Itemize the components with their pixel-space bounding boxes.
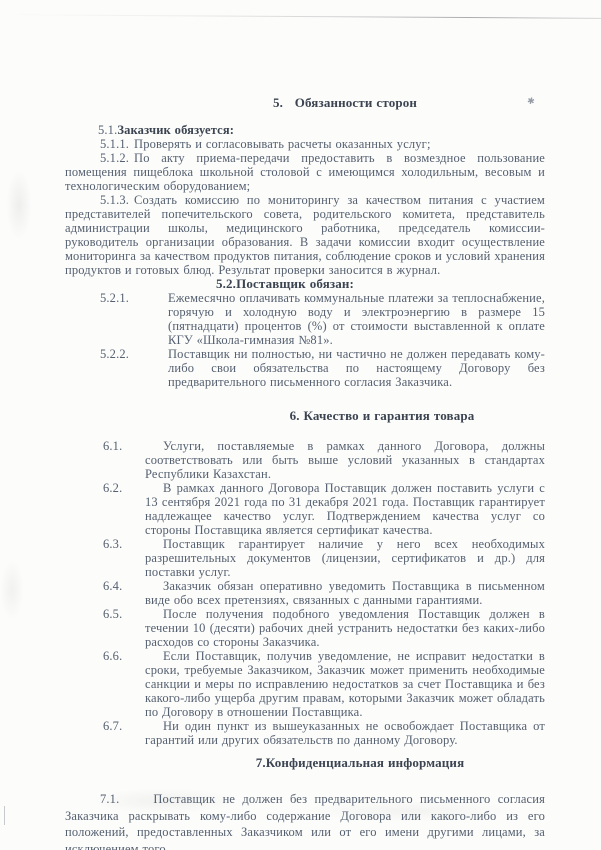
clause-5-1-heading: 5.1.Заказчик обязуется: xyxy=(65,123,545,137)
clause-6-3: 6.3.Поставщик гарантирует наличие у него… xyxy=(145,537,545,579)
clause-7-1: 7.1.Поставщик не должен без предваритель… xyxy=(65,791,545,850)
clause-number: 6.6. xyxy=(103,649,122,663)
section-6-heading: 6. Качество и гарантия товара xyxy=(142,409,601,423)
document-body: 5. Обязанности сторон 5.1.Заказчик обязу… xyxy=(0,0,601,850)
clause-number: 5.2.1. xyxy=(100,291,129,305)
clause-6-7: 6.7.Ни один пункт из вышеуказанных не ос… xyxy=(145,719,545,747)
clause-text: Создать комиссию по мониторингу за качес… xyxy=(65,193,545,277)
clause-number: 5.1.3. xyxy=(100,193,129,207)
clause-text: По акту приема-передачи предоставить в в… xyxy=(65,151,545,193)
clause-text: Ни один пункт из вышеуказанных не освобо… xyxy=(145,719,545,747)
clause-5-1-3: 5.1.3.Создать комиссию по мониторингу за… xyxy=(65,193,545,277)
clause-text: После получения подобного уведомления По… xyxy=(145,607,545,649)
clause-6-1: 6.1.Услуги, поставляемые в рамках данног… xyxy=(145,439,545,481)
scanned-contract-page: ✱ 5. Обязанности сторон 5.1.Заказчик обя… xyxy=(0,0,601,850)
clause-5-1-2: 5.1.2.По акту приема-передачи предостави… xyxy=(65,151,545,193)
clause-6-5: 6.5.После получения подобного уведомлени… xyxy=(145,607,545,649)
clause-text: Услуги, поставляемые в рамках данного До… xyxy=(145,439,545,481)
clause-5-2-2: 5.2.2.Поставщик ни полностью, ни частичн… xyxy=(168,347,545,389)
clause-number: 5.2.2. xyxy=(100,347,129,361)
clause-text: Поставщик ни полностью, ни частично не д… xyxy=(168,347,545,389)
clause-number: 7.1. xyxy=(100,792,119,806)
clause-5-2-heading: 5.2.Поставщик обязан: xyxy=(45,277,525,291)
clause-number: 6.1. xyxy=(103,439,122,453)
clause-5-2-1: 5.2.1.Ежемесячно оплачивать коммунальные… xyxy=(168,291,545,347)
clause-number: 6.4. xyxy=(103,579,122,593)
clause-text: Ежемесячно оплачивать коммунальные плате… xyxy=(168,291,545,347)
clause-text: В рамках данного Договора Поставщик долж… xyxy=(145,481,545,537)
clause-number: 6.7. xyxy=(103,719,122,733)
clause-5-1-1: 5.1.1.Проверять и согласовывать расчеты … xyxy=(65,137,545,151)
clause-6-6: 6.6.Если Поставщик, получив уведомление,… xyxy=(145,649,545,719)
clause-6-4: 6.4.Заказчик обязан оперативно уведомить… xyxy=(145,579,545,607)
clause-6-2: 6.2.В рамках данного Договора Поставщик … xyxy=(145,481,545,537)
clause-text: Заказчик обязан оперативно уведомить Пос… xyxy=(145,579,545,607)
clause-number: 6.5. xyxy=(103,607,122,621)
clause-number: 6.2. xyxy=(103,481,122,495)
clause-text: Поставщик не должен без предварительного… xyxy=(65,792,545,850)
section-7-heading: 7.Конфиденциальная информация xyxy=(120,756,600,770)
clause-title: Заказчик обязуется: xyxy=(117,123,234,137)
clause-number: 5.1.1. xyxy=(100,137,129,151)
clause-number: 5.1.2. xyxy=(100,151,129,165)
clause-text: Проверять и согласовывать расчеты оказан… xyxy=(134,137,431,151)
clause-text: Если Поставщик, получив уведомление, не … xyxy=(145,649,545,719)
clause-text: Поставщик гарантирует наличие у него все… xyxy=(145,537,545,579)
clause-number: 5.1. xyxy=(98,123,117,137)
clause-number: 6.3. xyxy=(103,537,122,551)
section-5-heading: 5. Обязанности сторон xyxy=(105,96,585,110)
